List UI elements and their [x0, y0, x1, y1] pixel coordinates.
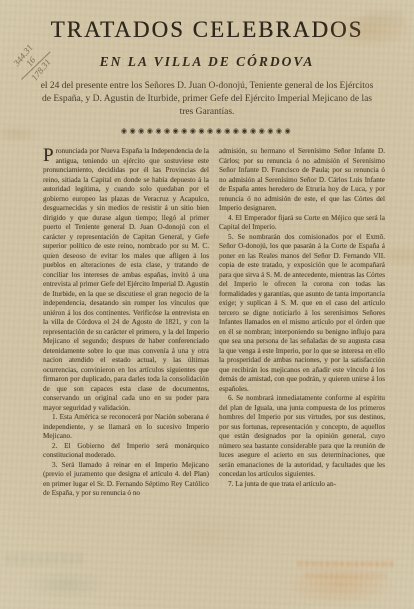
document-subtitle: EN LA VILLA DE CÓRDOVA	[0, 54, 414, 70]
article-5: 5. Se nombrarán dos comisionados por el …	[219, 233, 385, 395]
article-3: 3. Será llamado á reinar en el Imperio M…	[43, 461, 209, 499]
ornament-row: ◉◉◉◉◉◉◉◉◉◉◉◉◉◉◉◉◉◉◉◉	[0, 127, 414, 135]
article-4: 4. El Emperador fijará su Corte en Méjic…	[219, 214, 385, 233]
article-2: 2. El Gobierno del Imperio será monárqui…	[43, 442, 209, 461]
right-column: admisión, su hermano el Serenísimo Señor…	[219, 147, 385, 567]
article-6: 6. Se nombrará inmediatamente conforme a…	[219, 394, 385, 480]
article-1: 1. Esta América se reconocerá por Nación…	[43, 413, 209, 442]
article-3-continuation: admisión, su hermano el Serenísimo Señor…	[219, 147, 385, 214]
printed-block: TRATADOS CELEBRADOS EN LA VILLA DE CÓRDO…	[0, 17, 414, 567]
preamble-paragraph: Pronunciada por Nueva España la Independ…	[43, 147, 209, 413]
preamble-text: ronunciada por Nueva España la Independe…	[43, 147, 209, 412]
document-title: TRATADOS CELEBRADOS	[0, 17, 414, 43]
drop-cap: P	[43, 148, 54, 163]
two-column-text: Pronunciada por Nueva España la Independ…	[0, 147, 414, 567]
article-7-start: 7. La junta de que trata el artículo an-	[219, 480, 385, 490]
document-intro: el 24 del presente entre los Señores D. …	[38, 80, 376, 118]
left-column: Pronunciada por Nueva España la Independ…	[43, 147, 209, 567]
document-scan: 344.31 16 178.31 TRATADOS CELEBRADOS EN …	[0, 0, 414, 609]
